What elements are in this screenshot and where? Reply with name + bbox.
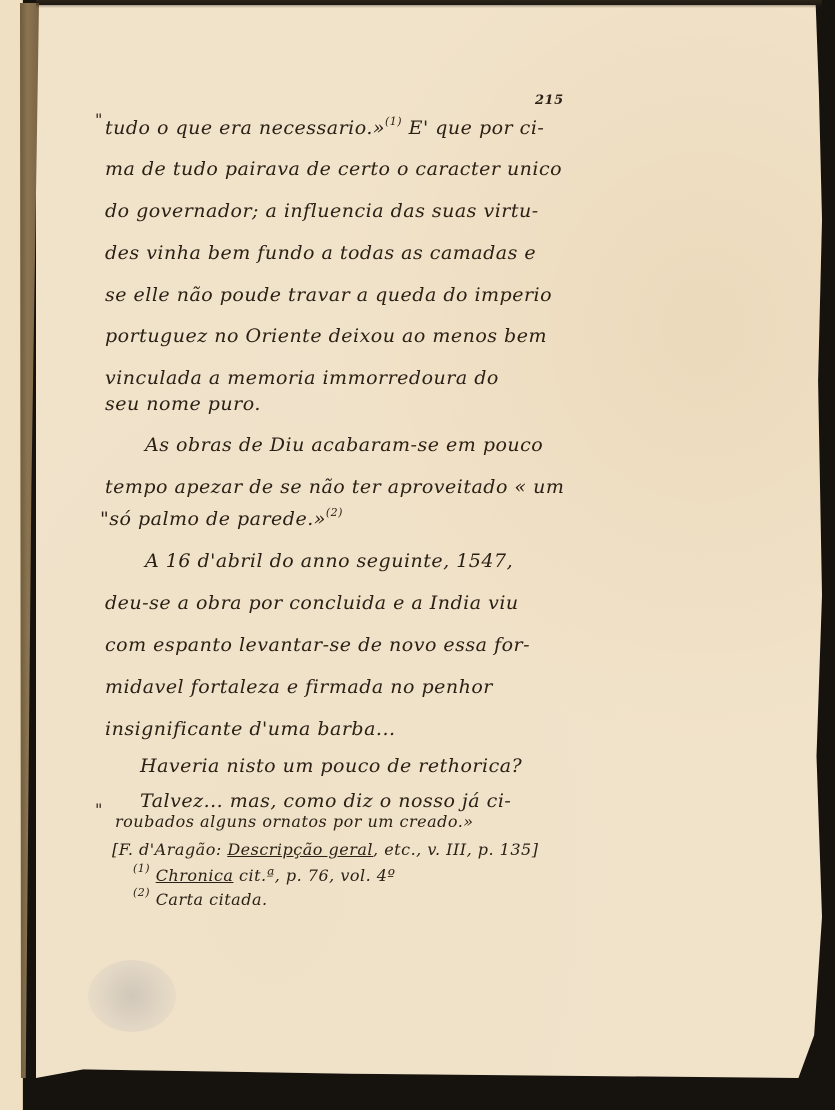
footnote-2: (2) Carta citada. (133, 890, 268, 909)
page-number: 215 (535, 93, 564, 108)
footnote-marker: (1) (133, 862, 150, 875)
footnote-citation: [F. d'Aragão: Descripção geral, etc., v.… (112, 840, 538, 859)
body-line-9: As obras de Diu acabaram-se em pouco (145, 434, 543, 456)
footnote-quote-mark: " (95, 800, 103, 819)
body-line-17: Haveria nisto um pouco de rethorica? (140, 755, 522, 777)
footnote-title: Chronica (156, 866, 234, 885)
page-top-edge (36, 0, 822, 8)
footnote-text: Carta citada. (156, 890, 268, 909)
body-line-18: Talvez... mas, como diz o nosso já ci- (140, 790, 511, 812)
body-line-16: insignificante d'uma barba... (105, 718, 396, 740)
body-line-15: midavel fortaleza e firmada no penhor (105, 676, 493, 698)
body-line-12: A 16 d'abril do anno seguinte, 1547, (145, 550, 513, 572)
body-line-5: se elle não poude travar a queda do impe… (105, 284, 552, 306)
citation-details: , etc., v. III, p. 135 (373, 840, 532, 859)
footnote-ref-1: (1) (385, 115, 402, 128)
body-line-11: "só palmo de parede.»(2) (100, 508, 343, 530)
body-line-14: com espanto levantar-se de novo essa for… (105, 634, 530, 656)
citation-author: F. d'Aragão: (119, 840, 228, 859)
body-line-7: vinculada a memoria immorredoura do (105, 367, 499, 389)
footnote-1: (1) Chronica cit.ª, p. 76, vol. 4º (133, 866, 396, 885)
citation-title: Descripção geral (227, 840, 373, 859)
body-line-1: tudo o que era necessario.»(1) E' que po… (105, 117, 544, 139)
footnote-text: cit.ª, p. 76, vol. 4º (233, 866, 395, 885)
body-line-text: tudo o que era necessario.» (105, 117, 385, 139)
body-line-10: tempo apezar de se não ter aproveitado «… (105, 476, 564, 498)
opening-quote-mark: " (95, 110, 103, 129)
body-line-13: deu-se a obra por concluida e a India vi… (105, 592, 519, 614)
body-line-8: seu nome puro. (105, 393, 261, 415)
footnote-continuation: roubados alguns ornatos por um creado.» (115, 812, 474, 831)
body-line-6: portuguez no Oriente deixou ao menos bem (105, 325, 547, 347)
body-line-text: "só palmo de parede.» (100, 508, 326, 530)
body-line-3: do governador; a influencia das suas vir… (105, 200, 539, 222)
body-line-4: des vinha bem fundo a todas as camadas e (105, 242, 536, 264)
facing-page-edge (0, 0, 23, 1110)
footnote-marker: (2) (133, 886, 150, 899)
library-stamp-mark (88, 960, 176, 1032)
footnote-ref-2: (2) (326, 506, 343, 519)
citation-bracket-open: [ (112, 840, 119, 859)
scanned-manuscript: 215 " tudo o que era necessario.»(1) E' … (0, 0, 835, 1110)
body-line-2: ma de tudo pairava de certo o caracter u… (105, 158, 562, 180)
citation-bracket-close: ] (532, 840, 539, 859)
body-line-text: E' que por ci- (402, 117, 544, 139)
